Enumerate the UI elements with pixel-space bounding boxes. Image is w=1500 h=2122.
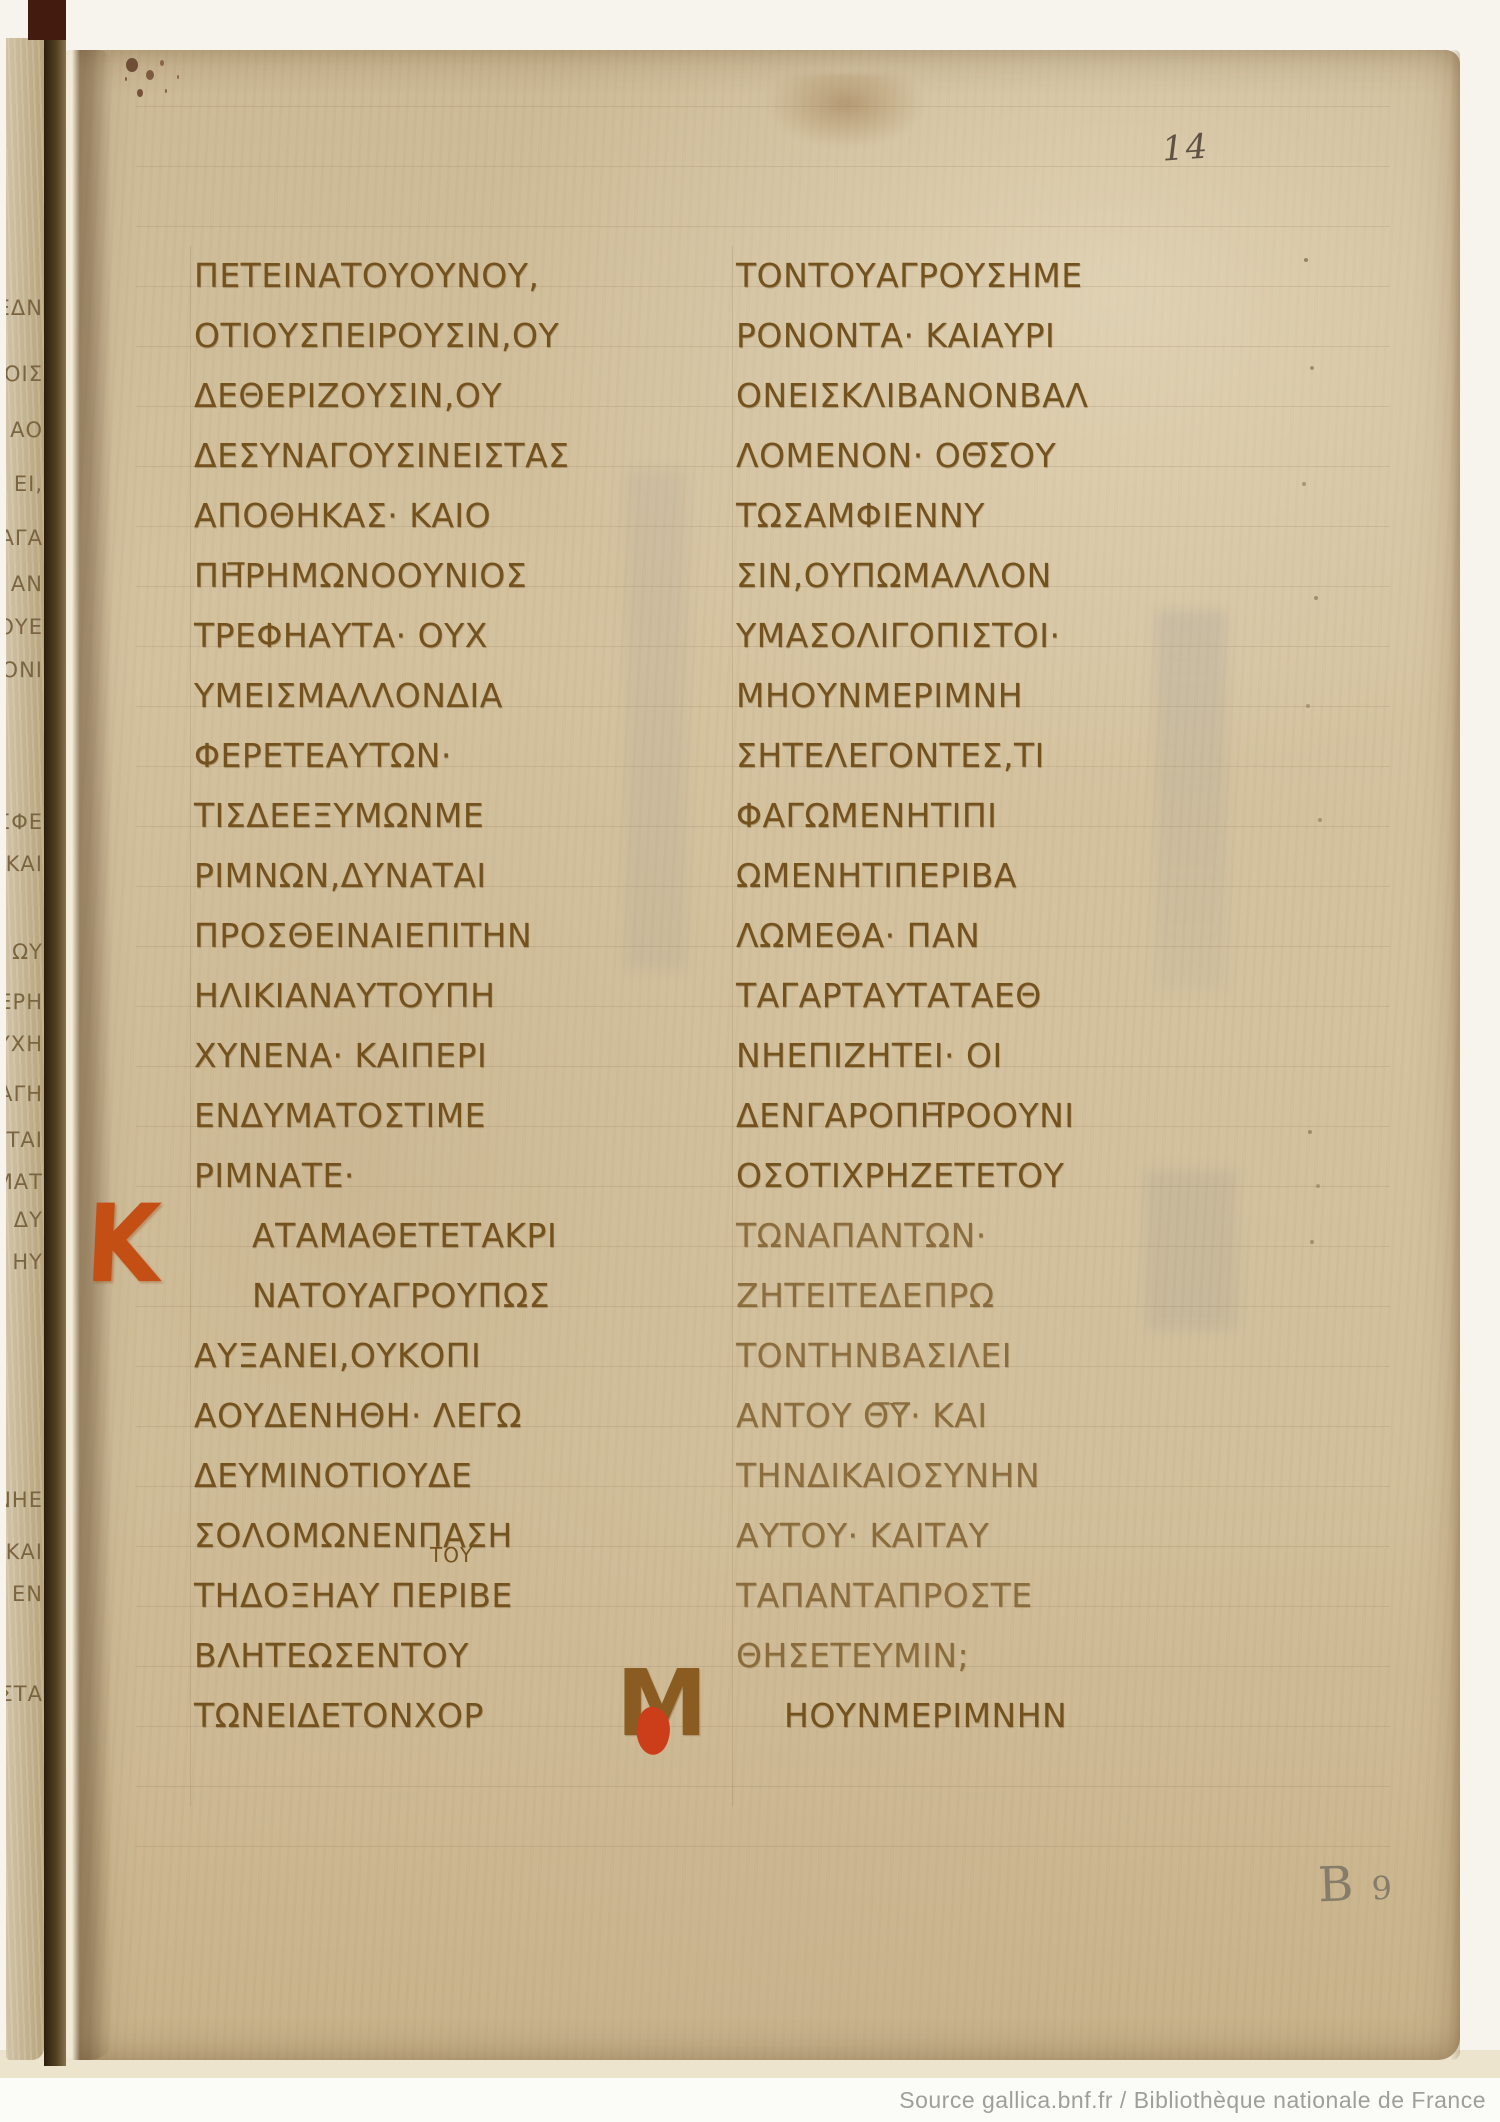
manuscript-line: ΥΜΑΣΟΛΙΓΟΠΙΣΤΟΙ·: [736, 606, 1236, 666]
facing-page-text-fragment: ΣΦΕ: [6, 810, 43, 834]
manuscript-line: ΤΩΣΑΜΦΙΕΝΝΥ: [736, 486, 1236, 546]
manuscript-line: ΔΕΝΓΑΡΟΠΗ̅ΡΟΟΥΝΙ: [736, 1086, 1236, 1146]
manuscript-line: ΡΙΜΝΩΝ,ΔΥΝΑΤΑΙ: [194, 846, 694, 906]
manuscript-line: ΤΙΣΔΕΕΞΥΜΩΝΜΕ: [194, 786, 694, 846]
ruling-vertical-right: [732, 246, 733, 1806]
manuscript-line: ΗΛΙΚΙΑΝΑΥΤΟΥΠΗ: [194, 966, 694, 1026]
facing-page-edge: ΕΔΝ ΤΟΙΣ ΑΟ ΕΙ, ΑΓΑ ΑΝ ΟΥΕ ΡΟΝΙ ΣΦΕ ΗΚΑΙ…: [6, 38, 44, 2060]
manuscript-line: ΣΙΝ,ΟΥΠΩΜΑΛΛΟΝ: [736, 546, 1236, 606]
manuscript-line: ΦΑΓΩΜΕΝΗΤΙΠΙ: [736, 786, 1236, 846]
ruling-vertical-left: [190, 246, 191, 1806]
binding-gutter: [44, 0, 66, 2066]
manuscript-line: ΖΗΤΕΙΤΕΔΕΠΡΩ: [736, 1266, 1236, 1326]
manuscript-line: ΧΥΝΕΝΑ· ΚΑΙΠΕΡΙ: [194, 1026, 694, 1086]
manuscript-line: ΔΕΣΥΝΑΓΟΥΣΙΝΕΙΣΤΑΣ: [194, 426, 694, 486]
facing-page-text-fragment: ΕΔΝ: [6, 296, 43, 320]
facing-page-text-fragment: ΙΣΤΑ: [6, 1682, 43, 1706]
manuscript-line: ΤΡΕΦΗΑΥΤΑ· ΟΥΧ: [194, 606, 694, 666]
manuscript-line: ΠΗ̅ΡΗΜΩΝΟΟΥΝΙΟΣ: [194, 546, 694, 606]
shelf-mark: B 9: [1317, 1855, 1397, 1914]
source-attribution-text: Source gallica.bnf.fr / Bibliothèque nat…: [899, 2087, 1486, 2114]
facing-page-text-fragment: ΩΥ: [12, 940, 43, 964]
manuscript-page: 14 B 9 Κ Μ ΤΟΥ ΠΕΤΕΙΝΑΤΟΥΟΥΝΟΥ, ΟΤΙΟΥΣΠΕ…: [66, 50, 1460, 2060]
manuscript-line: ΠΕΤΕΙΝΑΤΟΥΟΥΝΟΥ,: [194, 246, 694, 306]
manuscript-line: ΟΤΙΟΥΣΠΕΙΡΟΥΣΙΝ,ΟΥ: [194, 306, 694, 366]
manuscript-line: ΘΗΣΕΤΕΥΜΙΝ;: [736, 1626, 1236, 1686]
facing-page-text-fragment: ΡΟΝΙ: [6, 658, 43, 682]
manuscript-line: ΑΠΟΘΗΚΑΣ· ΚΑΙΟ: [194, 486, 694, 546]
facing-page-text-fragment: ΕΡΗ: [6, 990, 43, 1014]
manuscript-line: ΤΑΓΑΡΤΑΥΤΑΤΑΕΘ: [736, 966, 1236, 1026]
manuscript-line: ΕΝΔΥΜΑΤΟΣΤΙΜΕ: [194, 1086, 694, 1146]
facing-page-text-fragment: ΑΓΗ: [6, 1082, 43, 1106]
manuscript-line: ΤΟΝΤΟΥΑΓΡΟΥΣΗΜΕ: [736, 246, 1236, 306]
ink-stain-cluster: [126, 58, 138, 72]
facing-page-text-fragment: ΗΚΑΙ: [6, 852, 43, 876]
parchment-stain: [766, 74, 926, 148]
facing-page-text-fragment: ΑΟ: [10, 418, 43, 442]
manuscript-line: ΟΣΟΤΙΧΡΗΖΕΤΕΤΟΥ: [736, 1146, 1236, 1206]
manuscript-line: ΑΝΤΟΥ Θ̅Υ̅· ΚΑΙ: [736, 1386, 1236, 1446]
facing-page-text-fragment: ΤΟΙΣ: [6, 362, 43, 386]
manuscript-line: ΡΟΝΟΝΤΑ· ΚΑΙΑΥΡΙ: [736, 306, 1236, 366]
manuscript-line: ΑΟΥΔΕΝΗΘΗ· ΛΕΓΩ: [194, 1386, 694, 1446]
facing-page-text-fragment: ΤΑΙ: [7, 1128, 43, 1152]
facing-page-text-fragment: ΑΓΑ: [6, 526, 43, 550]
manuscript-line: ΔΕΥΜΙΝΟΤΙΟΥΔΕ: [194, 1446, 694, 1506]
manuscript-line: ΡΙΜΝΑΤΕ·: [194, 1146, 694, 1206]
facing-page-text-fragment: ΚΑΙ: [6, 1540, 43, 1564]
scanned-manuscript-view: Source gallica.bnf.fr / Bibliothèque nat…: [0, 0, 1500, 2122]
facing-page-text-fragment: ΥΧΗ: [6, 1032, 43, 1056]
manuscript-line: ΣΗΤΕΛΕΓΟΝΤΕΣ,ΤΙ: [736, 726, 1236, 786]
manuscript-line: ΔΕΘΕΡΙΖΟΥΣΙΝ,ΟΥ: [194, 366, 694, 426]
manuscript-line: ΗΟΥΝΜΕΡΙΜΝΗΝ: [736, 1686, 1236, 1746]
manuscript-line: ΜΗΟΥΝΜΕΡΙΜΝΗ: [736, 666, 1236, 726]
manuscript-line: ΥΜΕΙΣΜΑΛΛΟΝΔΙΑ: [194, 666, 694, 726]
facing-page-text-fragment: ΕΙ,: [14, 472, 43, 496]
facing-page-text-fragment: ΕΝ: [12, 1582, 43, 1606]
manuscript-line: ΤΗΝΔΙΚΑΙΟΣΥΝΗΝ: [736, 1446, 1236, 1506]
folio-number: 14: [1161, 126, 1211, 169]
rubricated-initial-kappa: Κ: [83, 1190, 162, 1298]
facing-page-text-fragment: ΜΑΤ: [6, 1170, 43, 1194]
manuscript-line: ΤΗΔΟΞΗΑΥ ΠΕΡΙΒΕ: [194, 1566, 694, 1626]
facing-page-text-fragment: ΔΥ: [14, 1208, 43, 1232]
manuscript-line: ΤΩΝΑΠΑΝΤΩΝ·: [736, 1206, 1236, 1266]
manuscript-line: ΑΥΤΟΥ· ΚΑΙΤΑΥ: [736, 1506, 1236, 1566]
manuscript-line: ΝΗΕΠΙΖΗΤΕΙ· ΟΙ: [736, 1026, 1236, 1086]
manuscript-line: ΝΑΤΟΥΑΓΡΟΥΠΩΣ: [194, 1266, 694, 1326]
manuscript-line: ΩΜΕΝΗΤΙΠΕΡΙΒΑ: [736, 846, 1236, 906]
manuscript-line: ΠΡΟΣΘΕΙΝΑΙΕΠΙΤΗΝ: [194, 906, 694, 966]
manuscript-line: ΤΟΝΤΗΝΒΑΣΙΛΕΙ: [736, 1326, 1236, 1386]
text-column-right: ΤΟΝΤΟΥΑΓΡΟΥΣΗΜΕ ΡΟΝΟΝΤΑ· ΚΑΙΑΥΡΙ ΟΝΕΙΣΚΛ…: [736, 246, 1236, 1746]
facing-page-text-fragment: ΑΝ: [11, 572, 43, 596]
manuscript-line: ΦΕΡΕΤΕΑΥΤΩΝ·: [194, 726, 694, 786]
manuscript-line: ΣΟΛΟΜΩΝΕΝΠΑΣΗ: [194, 1506, 694, 1566]
manuscript-line: ΑΥΞΑΝΕΙ,ΟΥΚΟΠΙ: [194, 1326, 694, 1386]
facing-page-text-fragment: ΝΗΕ: [6, 1488, 43, 1512]
manuscript-line: ΑΤΑΜΑΘΕΤΕΤΑΚΡΙ: [194, 1206, 694, 1266]
binding-gutter-top: [28, 0, 66, 40]
facing-page-text-fragment: ΗΥ: [12, 1250, 43, 1274]
manuscript-line: ΒΛΗΤΕΩΣΕΝΤΟΥ: [194, 1626, 694, 1686]
facing-page-text-fragment: ΟΥΕ: [6, 615, 43, 639]
manuscript-line: ΤΩΝΕΙΔΕΤΟΝΧΟΡ: [194, 1686, 694, 1746]
manuscript-line: ΟΝΕΙΣΚΛΙΒΑΝΟΝΒΑΛ: [736, 366, 1236, 426]
margin-specks: [1304, 258, 1308, 262]
attribution-bar: Source gallica.bnf.fr / Bibliothèque nat…: [0, 2078, 1500, 2122]
text-column-left: ΠΕΤΕΙΝΑΤΟΥΟΥΝΟΥ, ΟΤΙΟΥΣΠΕΙΡΟΥΣΙΝ,ΟΥ ΔΕΘΕ…: [194, 246, 694, 1746]
manuscript-line: ΤΑΠΑΝΤΑΠΡΟΣΤΕ: [736, 1566, 1236, 1626]
manuscript-line: ΛΩΜΕΘΑ· ΠΑΝ: [736, 906, 1236, 966]
manuscript-line: ΛΟΜΕΝΟΝ· ΟΘ̅Σ̅ΟΥ: [736, 426, 1236, 486]
